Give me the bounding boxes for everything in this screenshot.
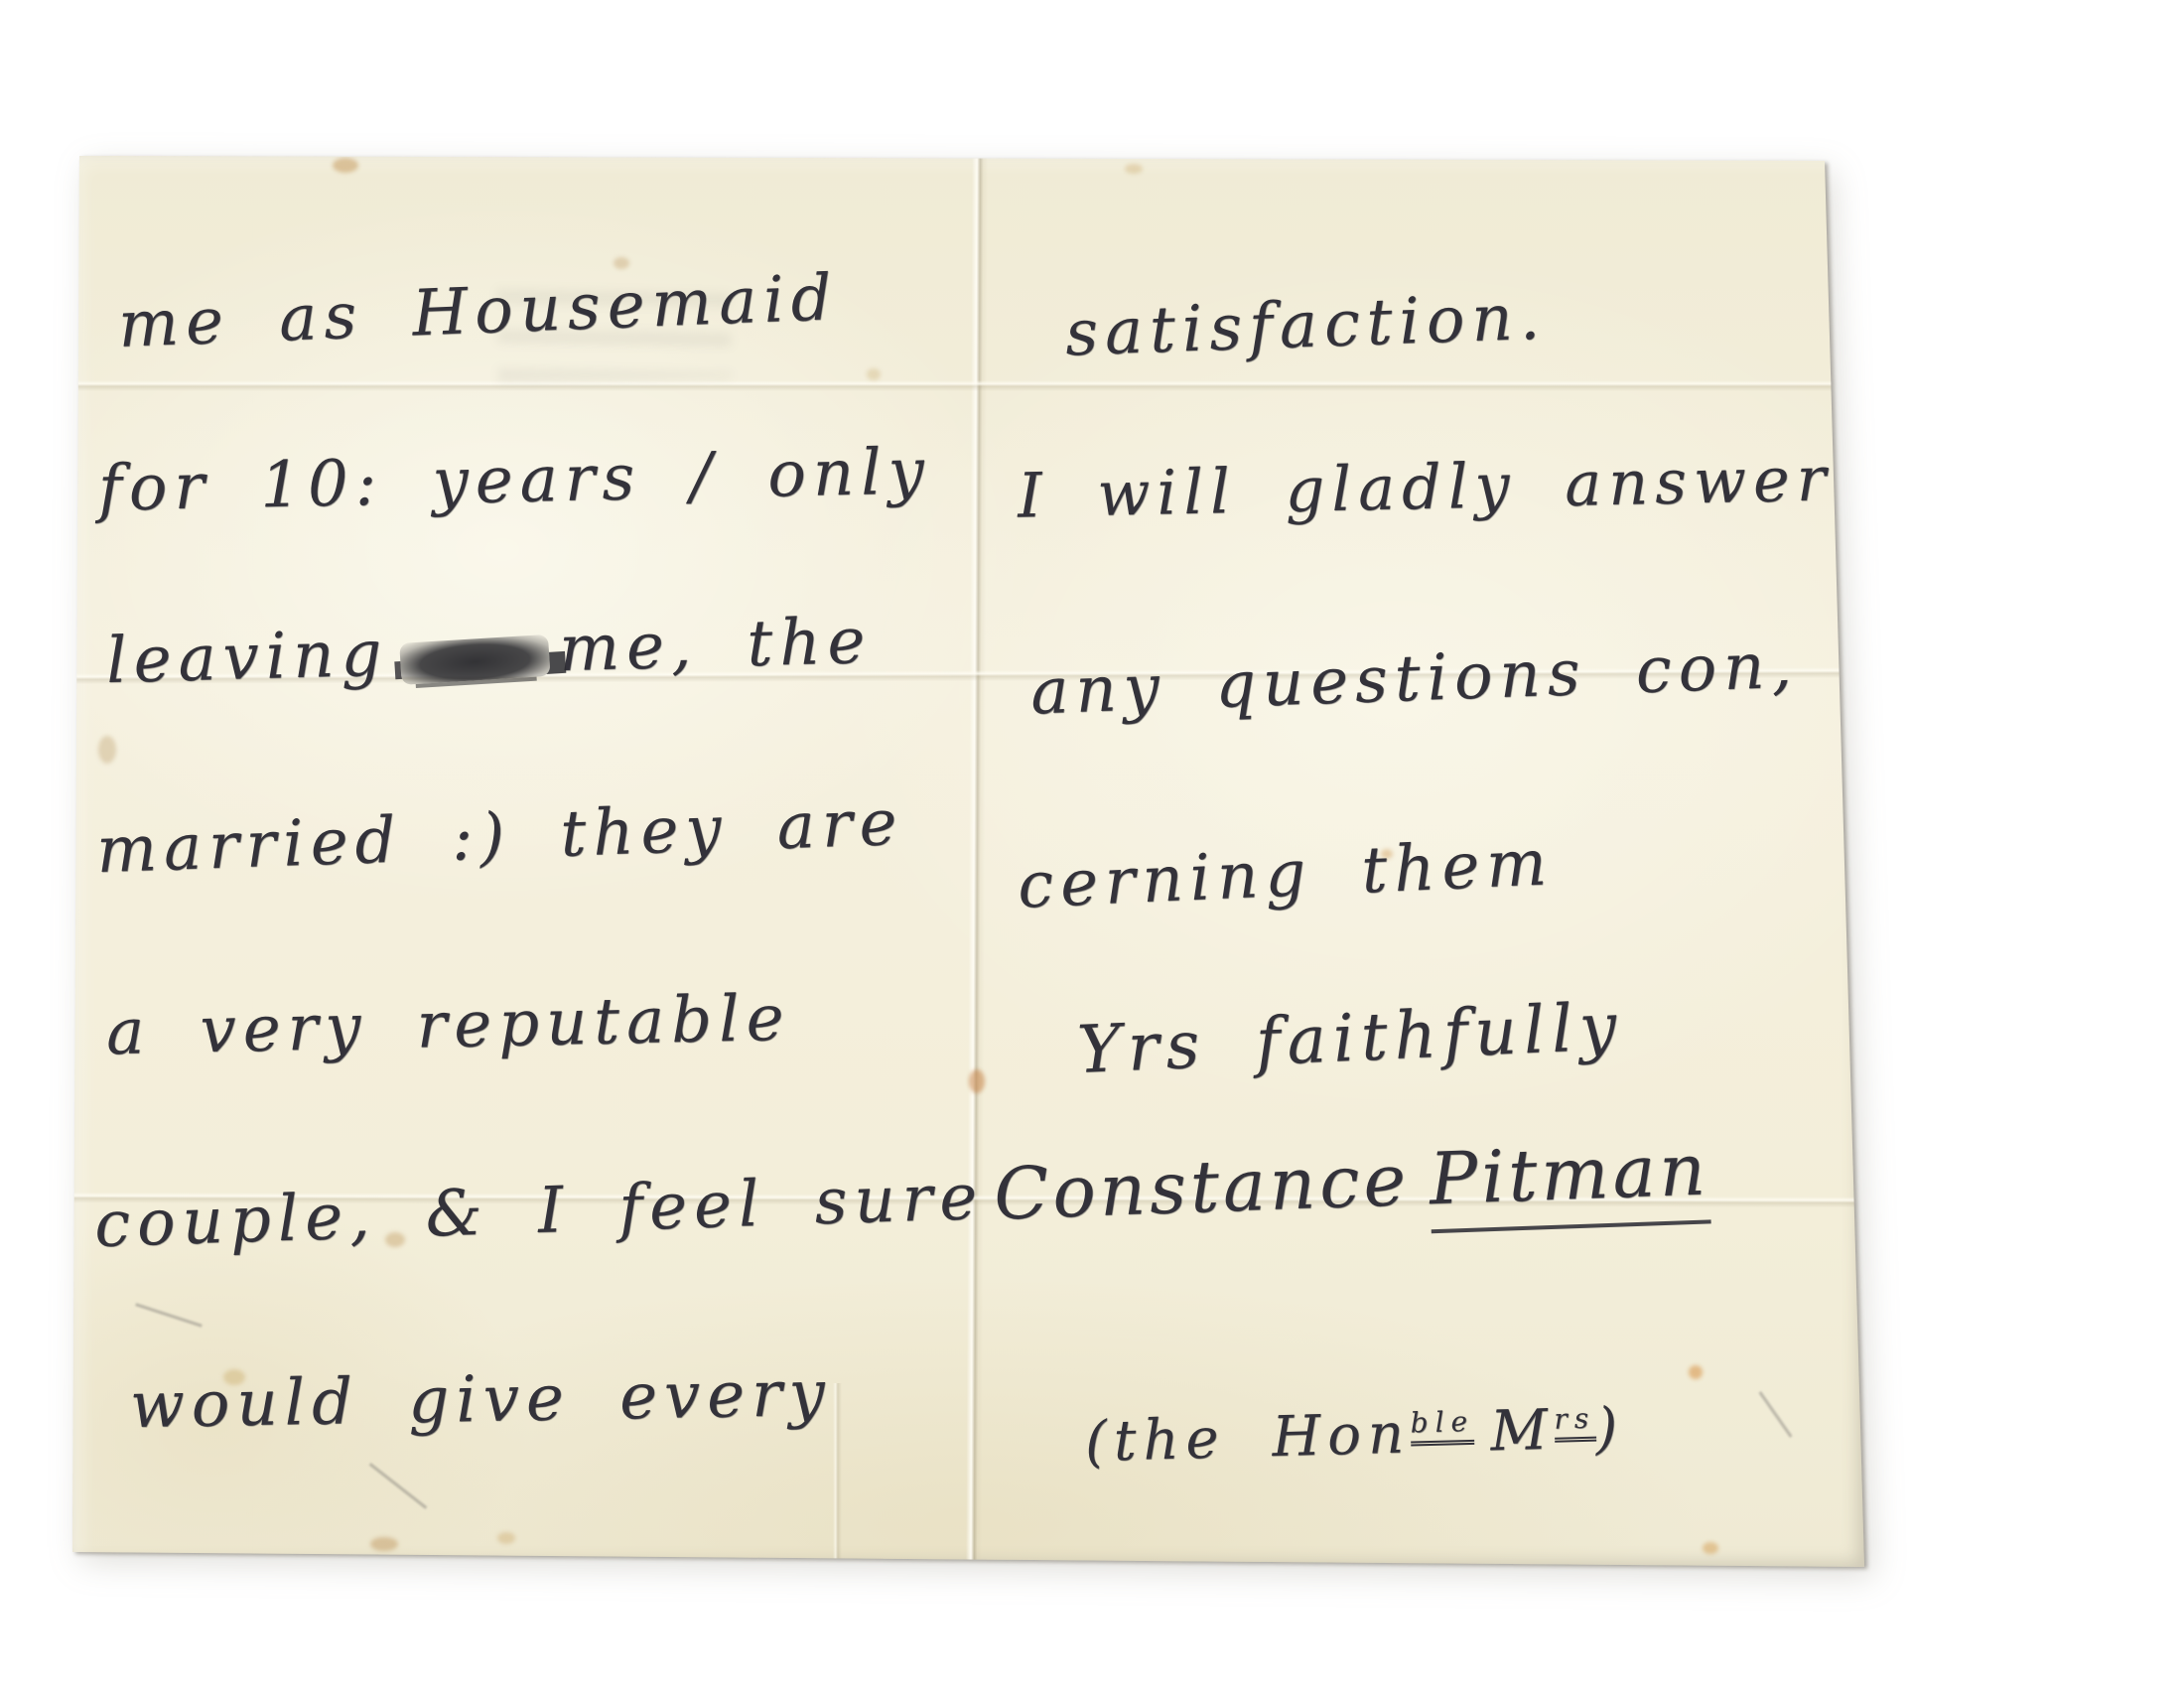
center-fold-crease [966,154,988,1567]
foxing-stain [370,1537,398,1551]
pencil-scratch [1758,1391,1792,1438]
handwritten-line-right-1: satisfaction. [1064,285,1548,368]
paper-sheet: me as Housemaid for 10: years / only lea… [72,154,1864,1567]
handwritten-line-left-6: couple, & I feel sure [93,1165,985,1259]
pencil-scratch [135,1303,203,1327]
handwritten-line-right-2: I will gladly answer [1017,446,1833,527]
line3-text-after: me, the [558,605,873,686]
handwritten-line-left-3: leavingme, the [105,609,873,695]
foxing-stain [969,1069,985,1093]
handwritten-line-left-5: a very reputable [105,986,791,1067]
signature-first-name: Constance [993,1138,1412,1236]
secondary-fold-crease [833,1383,842,1562]
foxing-stain [333,158,358,173]
foxing-stain [1125,164,1143,174]
honorific-open: (the Hon [1084,1402,1412,1476]
signature-last-name: Pitman [1428,1127,1710,1233]
pencil-scratch [369,1463,428,1509]
handwritten-line-right-3: any questions con, [1029,633,1800,727]
foxing-stain [1689,1365,1703,1379]
horizontal-crease [72,380,1864,391]
line3-text-before: leaving [105,618,389,698]
foxing-stain [497,1532,515,1544]
honorific-superscript-rs: rs [1554,1402,1596,1443]
paper-surface: me as Housemaid for 10: years / only lea… [72,154,1864,1567]
foxing-stain [98,736,116,764]
signature: ConstancePitman [993,1132,1710,1232]
handwritten-line-left-4: married :) they are [95,790,904,886]
letter-scan: me as Housemaid for 10: years / only lea… [0,0,2184,1688]
handwritten-line-right-4: cerning them [1017,830,1555,920]
honorific-mid: M [1490,1398,1556,1465]
valediction: Yrs faithfully [1076,992,1625,1084]
handwritten-line-left-1: me as Housemaid [117,265,840,359]
foxing-stain [867,368,881,380]
foxing-stain [1703,1542,1718,1554]
honorific-close: ) [1595,1396,1626,1462]
strikethrough-blot [400,634,551,685]
handwritten-line-left-2: for 10: years / only [97,439,931,523]
foxing-stain [614,257,629,269]
handwritten-line-left-7: would give every [129,1361,832,1441]
honorific-superscript-ble: ble [1410,1405,1474,1447]
honorific-line: (the HonbleMrs) [1084,1400,1625,1473]
